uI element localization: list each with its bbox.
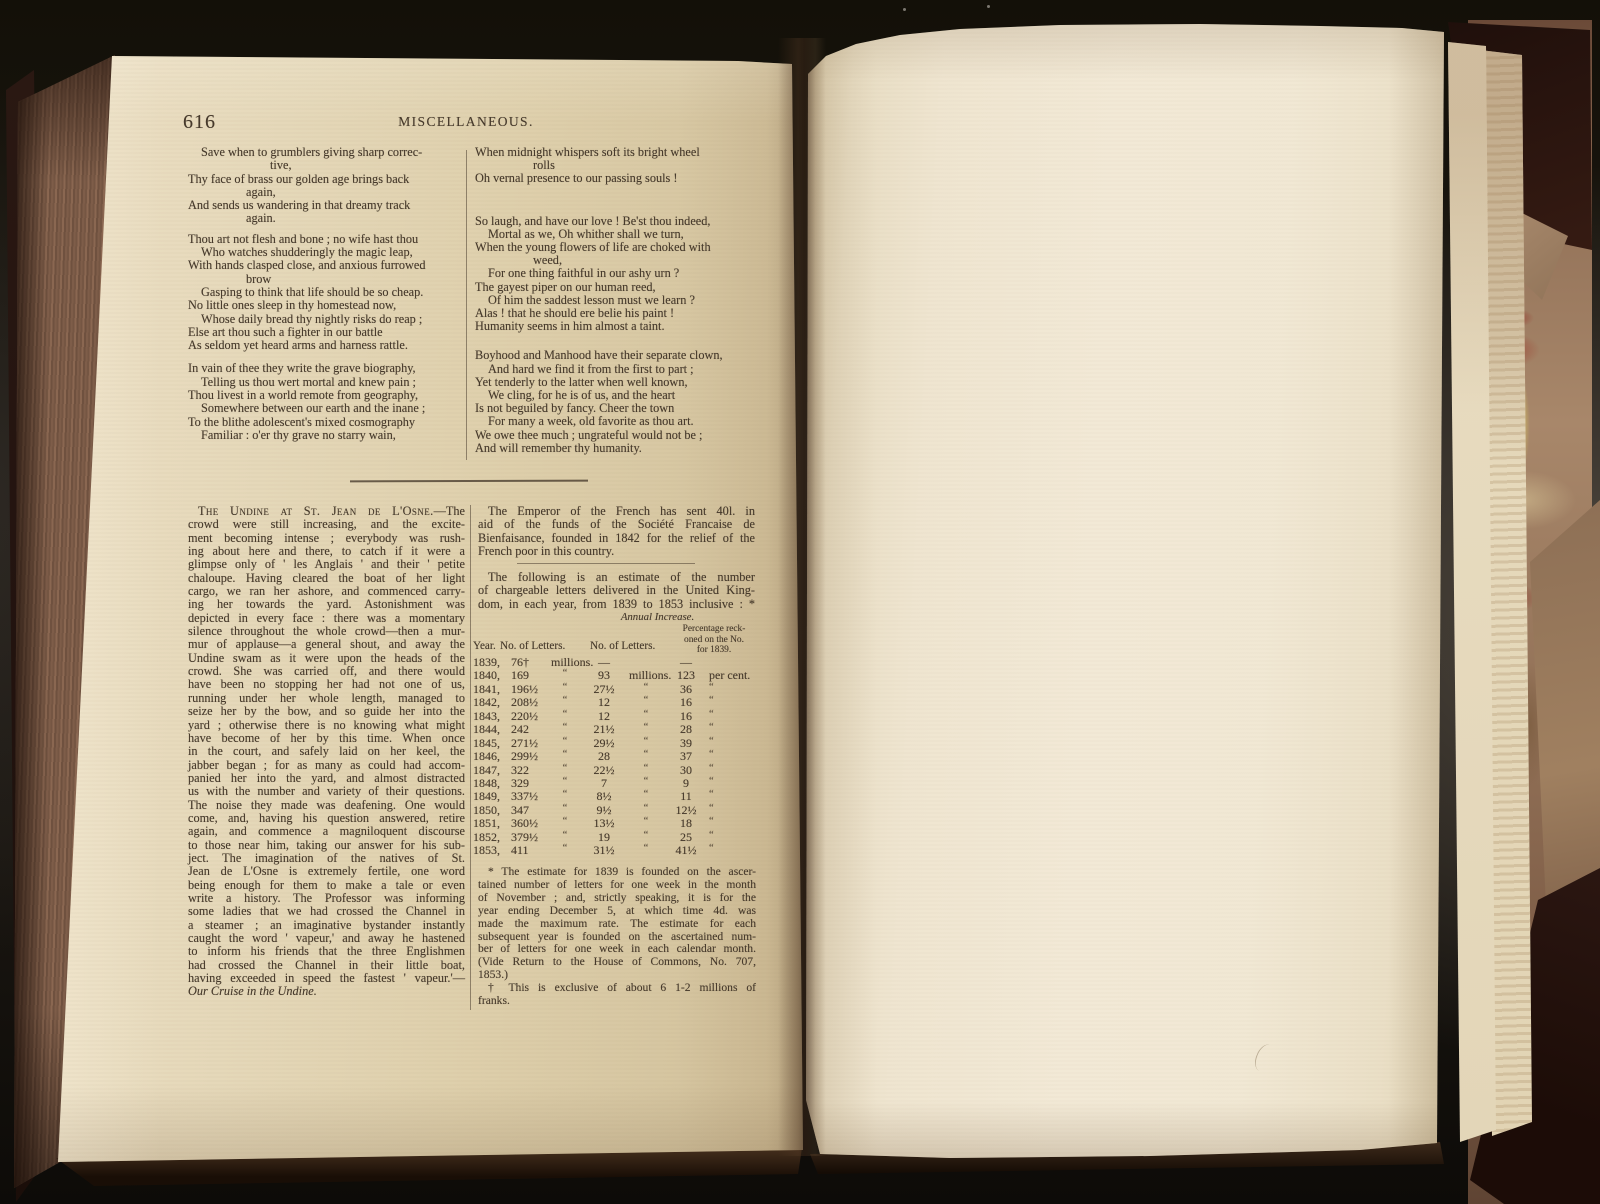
text-line: aid of the funds of the Société Francais… [478, 518, 755, 531]
text-line: dom, in each year, from 1839 to 1853 inc… [478, 598, 755, 611]
text-line: Gasping to think that life should be so … [188, 286, 464, 299]
text-line: The following is an estimate of the numb… [478, 571, 755, 584]
table-cell: 411 [511, 843, 551, 858]
table-cell: “ [551, 843, 579, 858]
text-line: So laugh, and have our love ! Be'st thou… [475, 215, 753, 228]
text-line: jabber began ; for as many as could had … [188, 759, 465, 772]
poem-column-left: Save when to grumblers giving sharp corr… [188, 146, 464, 442]
text-line: For many a week, old favorite as thou ar… [475, 415, 753, 428]
text-line: again, and commence a magniloquent disco… [188, 825, 465, 838]
table-header-percentage-line2: oned on the No. [664, 635, 764, 646]
text-line: Thou art not flesh and bone ; no wife ha… [188, 233, 464, 246]
text-line: Else art thou such a fighter in our batt… [188, 326, 464, 339]
small-caps-heading: The Undine at St. Jean de L'Osne. [198, 504, 434, 518]
text-line: had crossed the Channel in their little … [188, 959, 465, 972]
text-line: Jean de L'Osne is extremely fertile, one… [188, 865, 465, 878]
text-line: Boyhood and Manhood have their separate … [475, 349, 753, 362]
table-row: 1846,299½“28“37“ [473, 749, 757, 762]
text-line: made the maximum rate. The estimate for … [478, 918, 756, 931]
text-line: Humanity seems in him almost a taint. [475, 320, 753, 333]
table-row: 1844,242“21½“28“ [473, 722, 757, 735]
text-line: † This is exclusive of about 6 1-2 milli… [478, 982, 756, 995]
table-row: 1845,271½“29½“39“ [473, 736, 757, 749]
text-line: The gayest piper on our human reed, [475, 281, 753, 294]
text-line: Our Cruise in the Undine. [188, 985, 465, 998]
page-number: 616 [183, 111, 216, 134]
text-line: mur of applause—a general shout, and awa… [188, 638, 465, 651]
text-line: have become of her by this time. When on… [188, 732, 465, 745]
dust-speck [903, 8, 906, 11]
text-line: * The estimate for 1839 is founded on th… [478, 866, 756, 879]
text-line: French poor in this country. [478, 545, 755, 558]
table-row: 1839,76†millions.—— [473, 655, 757, 668]
text-line: cargo, we ran her ashore, and commenced … [188, 585, 465, 598]
text-line: chaloupe. Having cleared the boat of her… [188, 572, 465, 585]
text-line: yard ; otherwise there is no knowing wha… [188, 719, 465, 732]
text-line: ment becoming intense ; everybody was ru… [188, 532, 465, 545]
text-line: The Emperor of the French has sent 40l. … [478, 505, 755, 518]
text-line: To the blithe adolescent's mixed cosmogr… [188, 416, 464, 429]
undine-paragraph: The Undine at St. Jean de L'Osne.—Thecro… [188, 505, 465, 999]
text-line: of November ; and, strictly speaking, it… [478, 892, 756, 905]
text-line: again, [188, 186, 464, 199]
table-header-year: Year. [473, 640, 496, 652]
letters-table: 1839,76†millions.——1840,169“93millions.1… [473, 655, 757, 857]
table-row: 1843,220½“12“16“ [473, 709, 757, 722]
table-header-percentage: Percentage reck- oned on the No. for 183… [664, 624, 764, 656]
text-line: write a history. The Professor was infor… [188, 892, 465, 905]
table-row: 1853,411“31½“41½“ [473, 843, 757, 856]
gutter-shadow [778, 38, 826, 1156]
table-row: 1849,337½“8½“11“ [473, 789, 757, 802]
text-line: come, and, having his question answered,… [188, 812, 465, 825]
text-line: The noise they made was deafening. One w… [188, 799, 465, 812]
footnotes: * The estimate for 1839 is founded on th… [478, 866, 756, 1008]
text-line: Familiar : o'er thy grave no starry wain… [188, 429, 464, 442]
text-line: ing about here and there, to catch if it… [188, 545, 465, 558]
text-line: tive, [188, 159, 464, 172]
text-line: depicted in every face : there was a mom… [188, 612, 465, 625]
text-line: (Vide Return to the House of Commons, No… [478, 956, 756, 969]
text-line: to those near him, taking our answer for… [188, 839, 465, 852]
text-line: And will remember thy humanity. [475, 442, 753, 455]
text-line: Oh vernal presence to our passing souls … [475, 172, 753, 185]
text-line: running under her whole length, managed … [188, 692, 465, 705]
text-line: With hands clasped close, and anxious fu… [188, 259, 464, 272]
text-line: silence throughout the whole crowd—then … [188, 625, 465, 638]
column-divider-lower [470, 505, 471, 1010]
text-line: And hard we find it from the first to pa… [475, 363, 753, 376]
text-line: brow [188, 273, 464, 286]
text-line: crowd were still increasing, and the exc… [188, 518, 465, 531]
text-line: caught the word ' vapeur,' and away he h… [188, 932, 465, 945]
table-cell: “ [709, 843, 757, 858]
text-line: The Undine at St. Jean de L'Osne.—The [188, 505, 465, 518]
running-head: MISCELLANEOUS. [300, 114, 632, 130]
text-line: We owe thee much ; ungrateful would not … [475, 429, 753, 442]
table-row: 1851,360½“13½“18“ [473, 816, 757, 829]
estimate-paragraph: The following is an estimate of the numb… [478, 571, 755, 611]
table-cell: 41½ [663, 843, 709, 858]
paragraph-separator-rule [517, 563, 695, 564]
text-line: ing her towards the yard. Astonishment w… [188, 598, 465, 611]
column-divider-upper [466, 150, 467, 460]
dust-speck [987, 5, 990, 8]
text-line: glimpse only of ' les Anglais ' and thei… [188, 558, 465, 571]
table-header-letters-2: No. of Letters. [590, 640, 655, 652]
table-header-letters-1: No. of Letters. [500, 640, 565, 652]
emperor-paragraph: The Emperor of the French has sent 40l. … [478, 505, 755, 558]
table-annual-increase-label: Annual Increase. [575, 611, 740, 623]
right-page-blank [806, 24, 1446, 1158]
text-line: Thy face of brass our golden age brings … [188, 173, 464, 186]
text-line: Thou livest in a world remote from geogr… [188, 389, 464, 402]
text-line: ject. The imagination of the natives of … [188, 852, 465, 865]
text-line: Somewhere between our earth and the inan… [188, 402, 464, 415]
table-row: 1841,196½“27½“36“ [473, 682, 757, 695]
table-row: 1842,208½“12“16“ [473, 695, 757, 708]
text-line: And sends us wandering in that dreamy tr… [188, 199, 464, 212]
text-line: Bienfaisance, founded in 1842 for the re… [478, 532, 755, 545]
text-line: of chargeable letters delivered in the U… [478, 584, 755, 597]
text-line: us with the number and variety of their … [188, 785, 465, 798]
text-line: franks. [478, 995, 756, 1008]
text-line: in the court, and safely laid on her kee… [188, 745, 465, 758]
table-header-percentage-line1: Percentage reck- [664, 624, 764, 635]
table-cell: 31½ [579, 843, 629, 858]
text-line: Who watches shudderingly the magic leap, [188, 246, 464, 259]
text-line: In vain of thee they write the grave bio… [188, 362, 464, 375]
text-line: having exceeded in speed the fastest ' v… [188, 972, 465, 985]
text-line: Whose daily bread thy nightly risks do r… [188, 313, 464, 326]
table-row: 1840,169“93millions.123per cent. [473, 668, 757, 681]
table-row: 1852,379½“19“25“ [473, 830, 757, 843]
text-line: year ending December 5, at which time 4d… [478, 905, 756, 918]
text-line: When the young flowers of life are choke… [475, 241, 753, 254]
table-cell: 1853, [473, 843, 511, 858]
text-line: again. [188, 212, 464, 225]
text-line: to inform his friends that the three Eng… [188, 945, 465, 958]
text-line: Telling us thou wert mortal and knew pai… [188, 376, 464, 389]
text-line: As seldom yet heard arms and harness rat… [188, 339, 464, 352]
text-line: Undine swam as it were upon the heads of… [188, 652, 465, 665]
text-line: For one thing faithful in our ashy urn ? [475, 267, 753, 280]
text-line: panied her into the yard, and almost dis… [188, 772, 465, 785]
table-row: 1848,329“7“9“ [473, 776, 757, 789]
text-line: some ladies that we had crossed the Chan… [188, 905, 465, 918]
text-line: crowd. She was carried off, and there wo… [188, 665, 465, 678]
text-line: being enough for them to make a tale or … [188, 879, 465, 892]
table-cell: “ [629, 843, 663, 858]
table-row: 1850,347“9½“12½“ [473, 803, 757, 816]
text-line: tained number of letters for one week in… [478, 879, 756, 892]
text-line: No little ones sleep in thy homestead no… [188, 299, 464, 312]
text-line: a steamer ; an imaginative bystander ins… [188, 919, 465, 932]
text-line: When midnight whispers soft its bright w… [475, 146, 753, 159]
text-line: Save when to grumblers giving sharp corr… [188, 146, 464, 159]
table-row: 1847,322“22½“30“ [473, 763, 757, 776]
text-line: seize her by the bow, and so guide her i… [188, 705, 465, 718]
poem-column-right: When midnight whispers soft its bright w… [475, 146, 753, 455]
text-line: have been no stopping her had not one of… [188, 678, 465, 691]
